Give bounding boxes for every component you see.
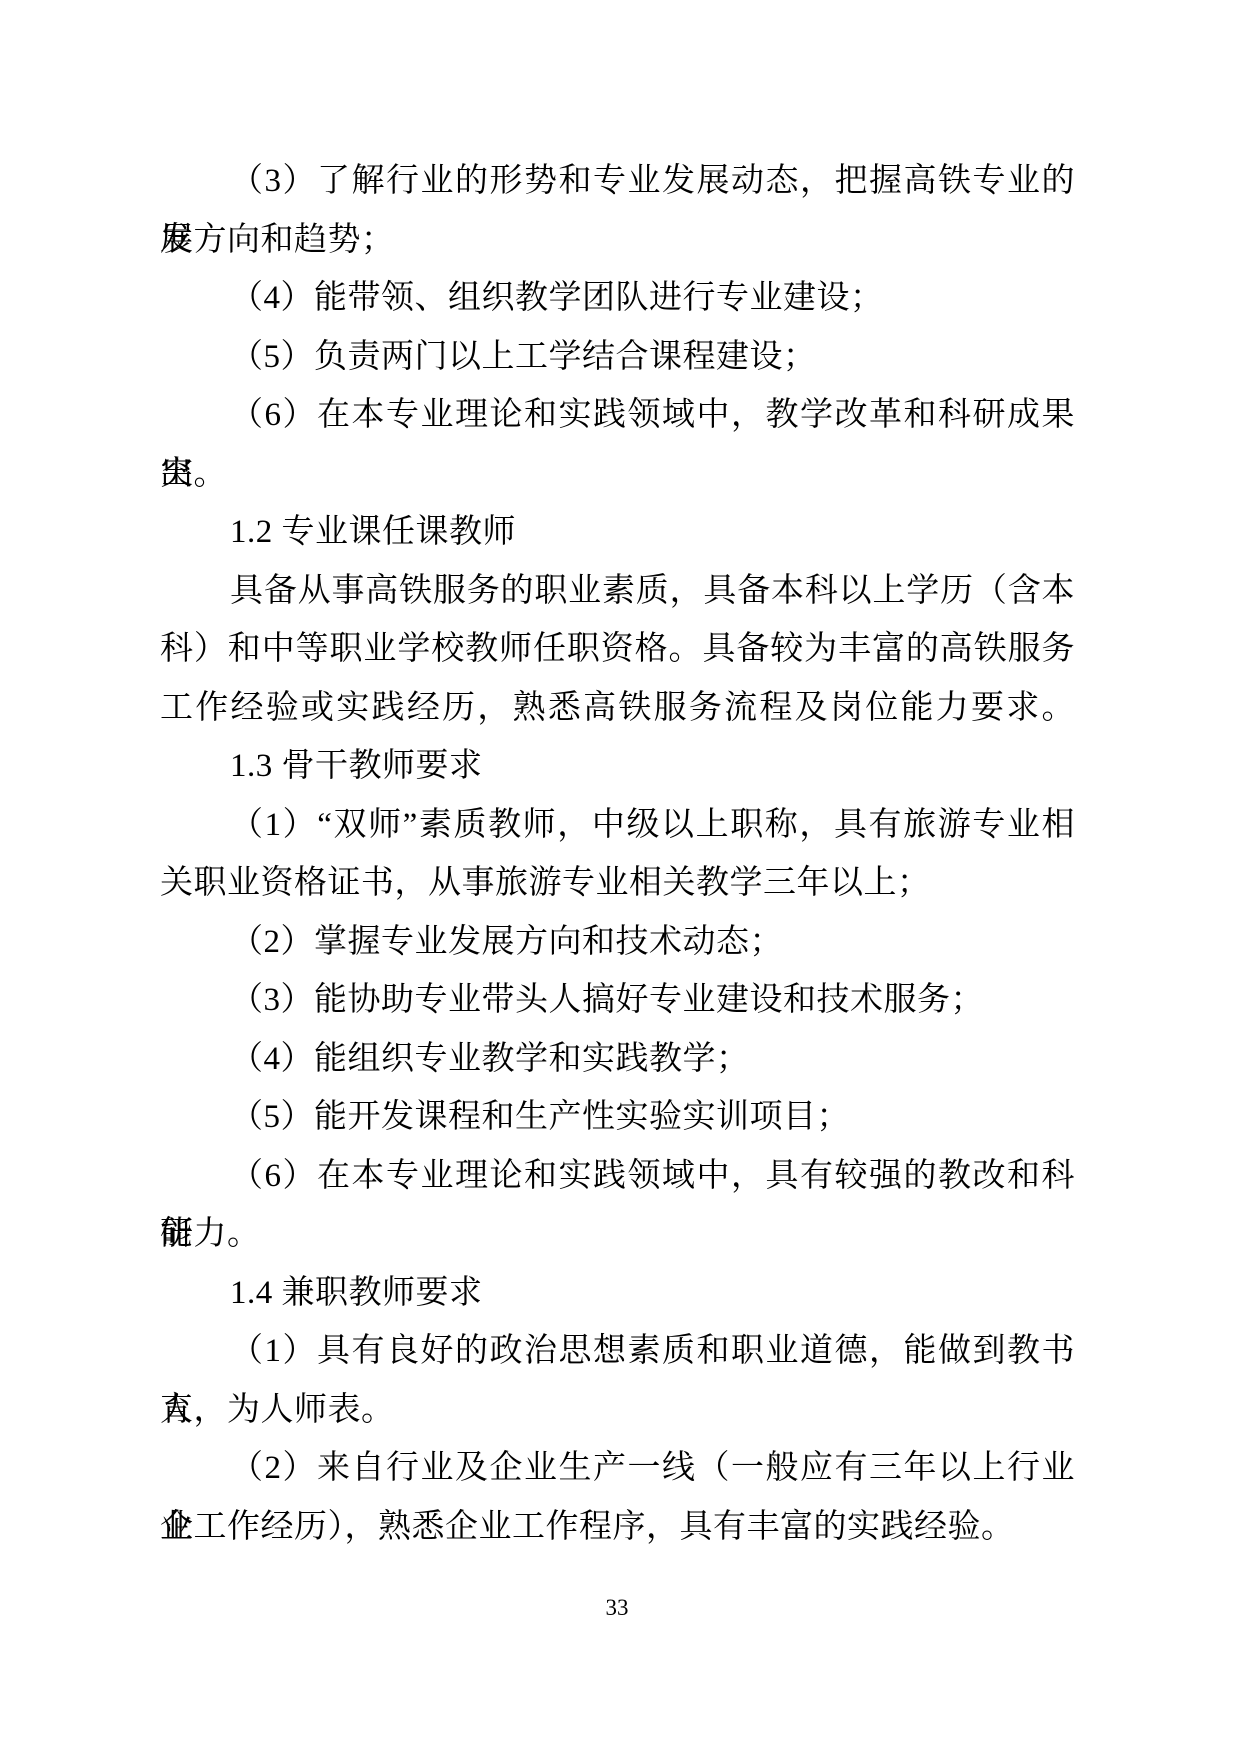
text-line: （5）负责两门以上工学结合课程建设；: [160, 328, 1075, 387]
text-line: 业工作经历），熟悉企业工作程序，具有丰富的实践经验。: [160, 1498, 1075, 1557]
text-line: 科）和中等职业学校教师任职资格。具备较为丰富的高铁服务: [160, 620, 1075, 679]
text-line: （6）在本专业理论和实践领域中，具有较强的教改和科研: [160, 1147, 1075, 1206]
text-line: （4）能组织专业教学和实践教学；: [160, 1030, 1075, 1089]
text-line: 展方向和趋势；: [160, 211, 1075, 270]
text-line: （5）能开发课程和生产性实验实训项目；: [160, 1088, 1075, 1147]
text-line: 关职业资格证书，从事旅游专业相关教学三年以上；: [160, 854, 1075, 913]
text-line: （2）掌握专业发展方向和技术动态；: [160, 913, 1075, 972]
text-line: （1）“双师”素质教师，中级以上职称，具有旅游专业相: [160, 796, 1075, 855]
text-line: 能力。: [160, 1205, 1075, 1264]
text-line: 工作经验或实践经历，熟悉高铁服务流程及岗位能力要求。: [160, 679, 1075, 738]
text-line: 出。: [160, 445, 1075, 504]
text-line: 具备从事高铁服务的职业素质，具备本科以上学历（含本: [160, 562, 1075, 621]
text-line: （1）具有良好的政治思想素质和职业道德，能做到教书育: [160, 1322, 1075, 1381]
document-page: （3）了解行业的形势和专业发展动态，把握高铁专业的发 展方向和趋势； （4）能带…: [0, 0, 1234, 1748]
text-line: 人，为人师表。: [160, 1381, 1075, 1440]
text-block: （3）了解行业的形势和专业发展动态，把握高铁专业的发 展方向和趋势； （4）能带…: [160, 152, 1075, 1556]
section-heading: 1.2 专业课任课教师: [160, 503, 1075, 562]
section-heading: 1.3 骨干教师要求: [160, 737, 1075, 796]
text-line: （6）在本专业理论和实践领域中，教学改革和科研成果突: [160, 386, 1075, 445]
page-number: 33: [0, 1593, 1234, 1623]
text-line: （2）来自行业及企业生产一线（一般应有三年以上行业企: [160, 1439, 1075, 1498]
text-line: （3）能协助专业带头人搞好专业建设和技术服务；: [160, 971, 1075, 1030]
section-heading: 1.4 兼职教师要求: [160, 1264, 1075, 1323]
text-line: （3）了解行业的形势和专业发展动态，把握高铁专业的发: [160, 152, 1075, 211]
text-line: （4）能带领、组织教学团队进行专业建设；: [160, 269, 1075, 328]
